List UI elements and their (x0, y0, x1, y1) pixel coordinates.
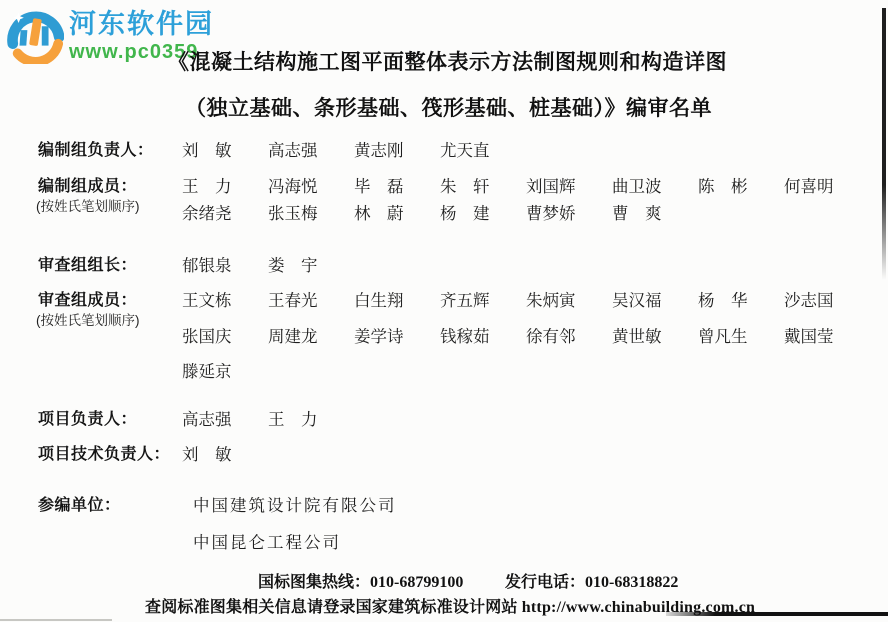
person-name: 王春光 (268, 291, 354, 310)
name-row: 高志强王 力 (182, 410, 354, 429)
person-name: 白生翔 (354, 291, 440, 310)
document-title-line1: 《混凝土结构施工图平面整体表示方法制图规则和构造详图 (168, 46, 727, 76)
person-name: 中国建筑设计院有限公司 (193, 496, 397, 515)
person-name: 曾凡生 (698, 327, 784, 346)
person-name: 王 力 (268, 410, 354, 429)
section-label-3: 审查组成员： (38, 291, 137, 310)
person-name: 林 蔚 (354, 204, 440, 223)
person-name: 黄世敏 (612, 327, 698, 346)
person-name: 姜学诗 (354, 327, 440, 346)
name-row: 张国庆周建龙姜学诗钱稼茹徐有邻黄世敏曾凡生戴国莹 (182, 327, 870, 346)
person-name: 戴国莹 (784, 327, 870, 346)
person-name: 毕 磊 (354, 177, 440, 196)
section-label-4: 项目负责人： (38, 410, 137, 429)
section-note-1: (按姓氏笔划顺序) (36, 199, 140, 215)
document-title-line2: （独立基础、条形基础、筏形基础、桩基础）》编审名单 (185, 92, 712, 122)
person-name: 齐五辉 (440, 291, 526, 310)
person-name: 郁银泉 (182, 256, 268, 275)
scan-artifact-right-bar (882, 8, 886, 280)
person-name: 高志强 (182, 410, 268, 429)
name-row: 滕延京 (182, 362, 268, 381)
person-name: 王 力 (182, 177, 268, 196)
person-name: 余绪尧 (182, 204, 268, 223)
section-note-3: (按姓氏笔划顺序) (36, 313, 140, 329)
person-name: 沙志国 (784, 291, 870, 310)
scan-artifact-bottom-line (666, 612, 888, 616)
name-row: 郁银泉娄 宇 (182, 256, 354, 275)
document-page: 河东软件园 www.pc0359 《混凝土结构施工图平面整体表示方法制图规则和构… (0, 0, 888, 622)
person-name: 朱 轩 (440, 177, 526, 196)
person-name: 杨 华 (698, 291, 784, 310)
person-name: 刘 敏 (182, 141, 268, 160)
person-name: 尤天直 (440, 141, 526, 160)
person-name: 周建龙 (268, 327, 354, 346)
watermark-site-name: 河东软件园 (69, 10, 214, 38)
section-label-5: 项目技术负责人： (38, 445, 170, 464)
person-name: 刘国辉 (526, 177, 612, 196)
person-name: 陈 彬 (698, 177, 784, 196)
name-row: 王文栋王春光白生翔齐五辉朱炳寅吴汉福杨 华沙志国 (182, 291, 870, 310)
person-name: 刘 敏 (182, 445, 268, 464)
person-name: 中国昆仑工程公司 (193, 533, 341, 552)
name-row: 刘 敏高志强黄志刚尤天直 (182, 141, 526, 160)
person-name: 朱炳寅 (526, 291, 612, 310)
person-name: 高志强 (268, 141, 354, 160)
name-row: 中国昆仑工程公司 (193, 533, 341, 552)
person-name: 徐有邻 (526, 327, 612, 346)
person-name: 张玉梅 (268, 204, 354, 223)
person-name: 滕延京 (182, 362, 268, 381)
person-name: 张国庆 (182, 327, 268, 346)
person-name: 黄志刚 (354, 141, 440, 160)
person-name: 冯海悦 (268, 177, 354, 196)
person-name: 何喜明 (784, 177, 870, 196)
person-name: 曹梦娇 (526, 204, 612, 223)
section-label-2: 审查组组长： (38, 256, 137, 275)
section-label-0: 编制组负责人： (38, 141, 154, 160)
name-row: 刘 敏 (182, 445, 268, 464)
person-name: 钱稼茹 (440, 327, 526, 346)
footer-website-note: 查阅标准图集相关信息请登录国家建筑标准设计网站 http://www.china… (145, 594, 755, 617)
hedong-software-logo-icon (6, 4, 64, 64)
person-name: 曹 爽 (612, 204, 698, 223)
person-name: 王文栋 (182, 291, 268, 310)
person-name: 曲卫波 (612, 177, 698, 196)
name-row: 中国建筑设计院有限公司 (193, 496, 397, 515)
name-row: 余绪尧张玉梅林 蔚杨 建曹梦娇曹 爽 (182, 204, 698, 223)
scan-artifact-bottom-left-smudge (0, 619, 112, 621)
name-row: 王 力冯海悦毕 磊朱 轩刘国辉曲卫波陈 彬何喜明 (182, 177, 870, 196)
footer-hotline: 国标图集热线：010-68799100 (258, 569, 463, 592)
person-name: 杨 建 (440, 204, 526, 223)
person-name: 吴汉福 (612, 291, 698, 310)
person-name: 娄 宇 (268, 256, 354, 275)
section-label-1: 编制组成员： (38, 177, 137, 196)
footer-sales-phone: 发行电话：010-68318822 (505, 569, 678, 592)
section-label-6: 参编单位： (38, 496, 121, 515)
